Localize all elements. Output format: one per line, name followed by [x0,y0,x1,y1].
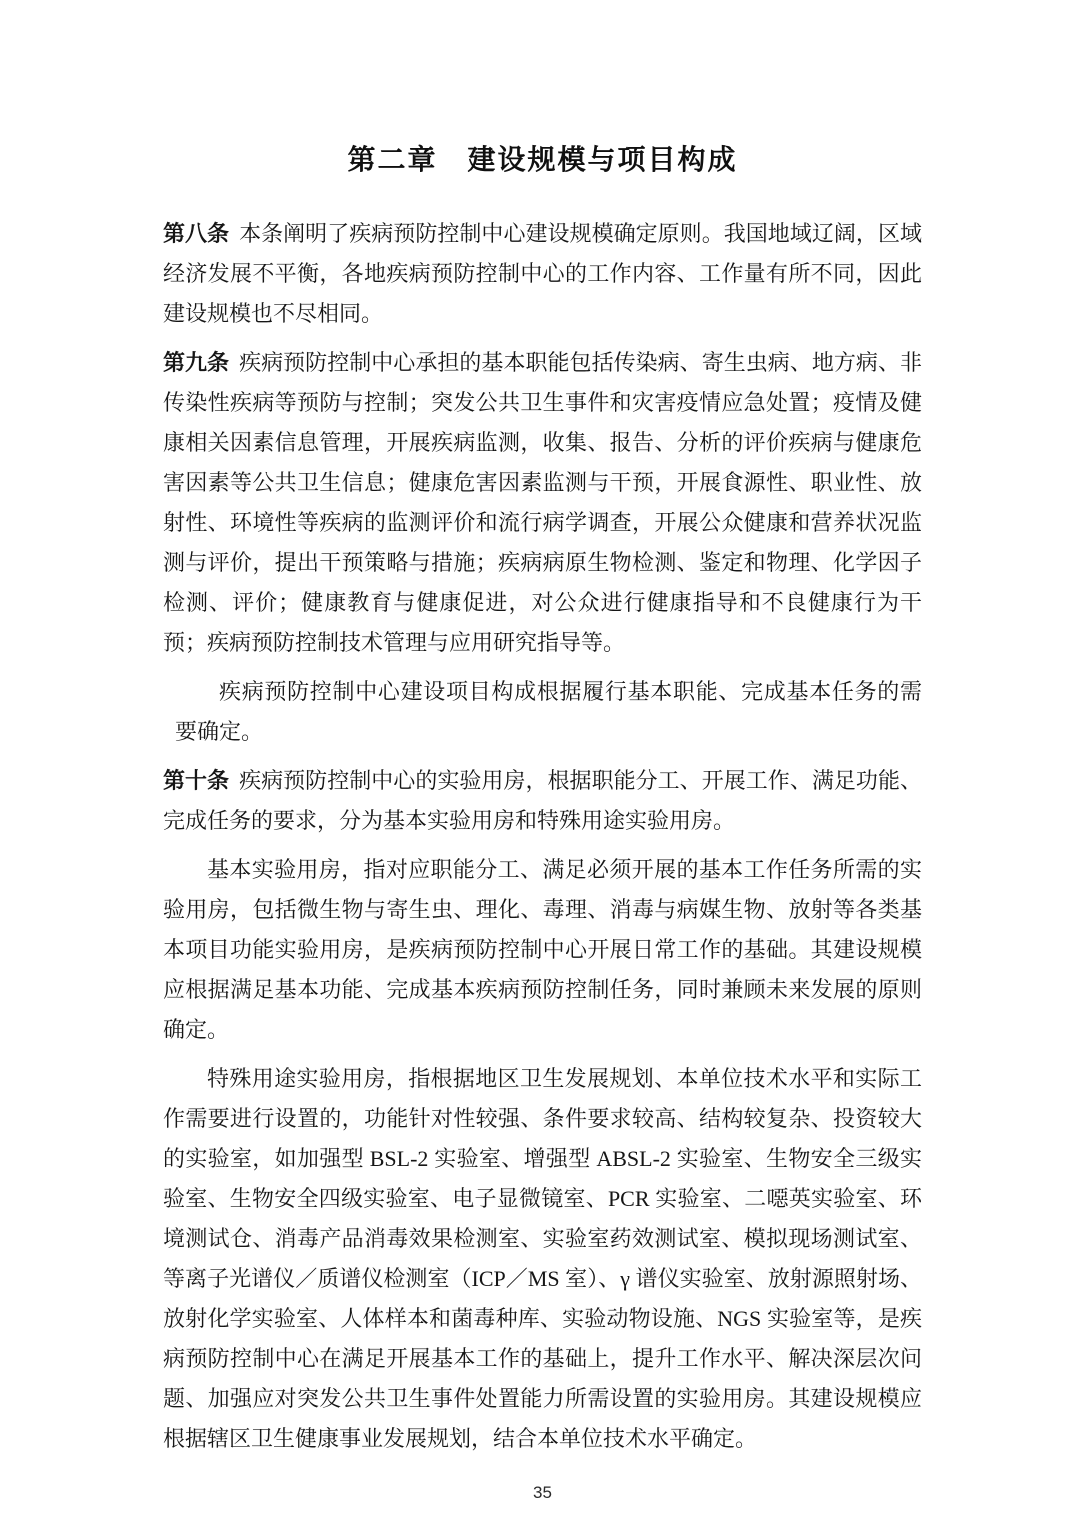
paragraph-special-lab: 特殊用途实验用房，指根据地区卫生发展规划、本单位技术水平和实际工作需要进行设置的… [163,1059,922,1459]
article-9-label: 第九条 [163,350,229,375]
basic-lab-text: 基本实验用房，指对应职能分工、满足必须开展的基本工作任务所需的实验用房，包括微生… [163,857,922,1042]
project-composition-text: 疾病预防控制中心建设项目构成根据履行基本职能、完成基本任务的需要确定。 [175,679,922,744]
paragraph-basic-lab: 基本实验用房，指对应职能分工、满足必须开展的基本工作任务所需的实验用房，包括微生… [163,850,922,1050]
paragraph-project-composition: 疾病预防控制中心建设项目构成根据履行基本职能、完成基本任务的需要确定。 [163,672,922,752]
document-body: 第八条本条阐明了疾病预防控制中心建设规模确定原则。我国地域辽阔，区域经济发展不平… [163,214,922,1459]
document-page: 第二章 建设规模与项目构成 第八条本条阐明了疾病预防控制中心建设规模确定原则。我… [0,0,1080,1527]
article-9-text: 疾病预防控制中心承担的基本职能包括传染病、寄生虫病、地方病、非传染性疾病等预防与… [163,350,922,655]
page-number: 35 [163,1483,922,1503]
paragraph-article-8: 第八条本条阐明了疾病预防控制中心建设规模确定原则。我国地域辽阔，区域经济发展不平… [163,214,922,334]
chapter-title: 第二章 建设规模与项目构成 [163,138,922,178]
article-10-label: 第十条 [163,768,229,793]
paragraph-article-9: 第九条疾病预防控制中心承担的基本职能包括传染病、寄生虫病、地方病、非传染性疾病等… [163,343,922,663]
paragraph-article-10: 第十条疾病预防控制中心的实验用房，根据职能分工、开展工作、满足功能、完成任务的要… [163,761,922,841]
article-8-text: 本条阐明了疾病预防控制中心建设规模确定原则。我国地域辽阔，区域经济发展不平衡，各… [163,221,922,326]
article-8-label: 第八条 [163,221,229,246]
article-10-text: 疾病预防控制中心的实验用房，根据职能分工、开展工作、满足功能、完成任务的要求，分… [163,768,922,833]
special-lab-text: 特殊用途实验用房，指根据地区卫生发展规划、本单位技术水平和实际工作需要进行设置的… [163,1066,922,1451]
